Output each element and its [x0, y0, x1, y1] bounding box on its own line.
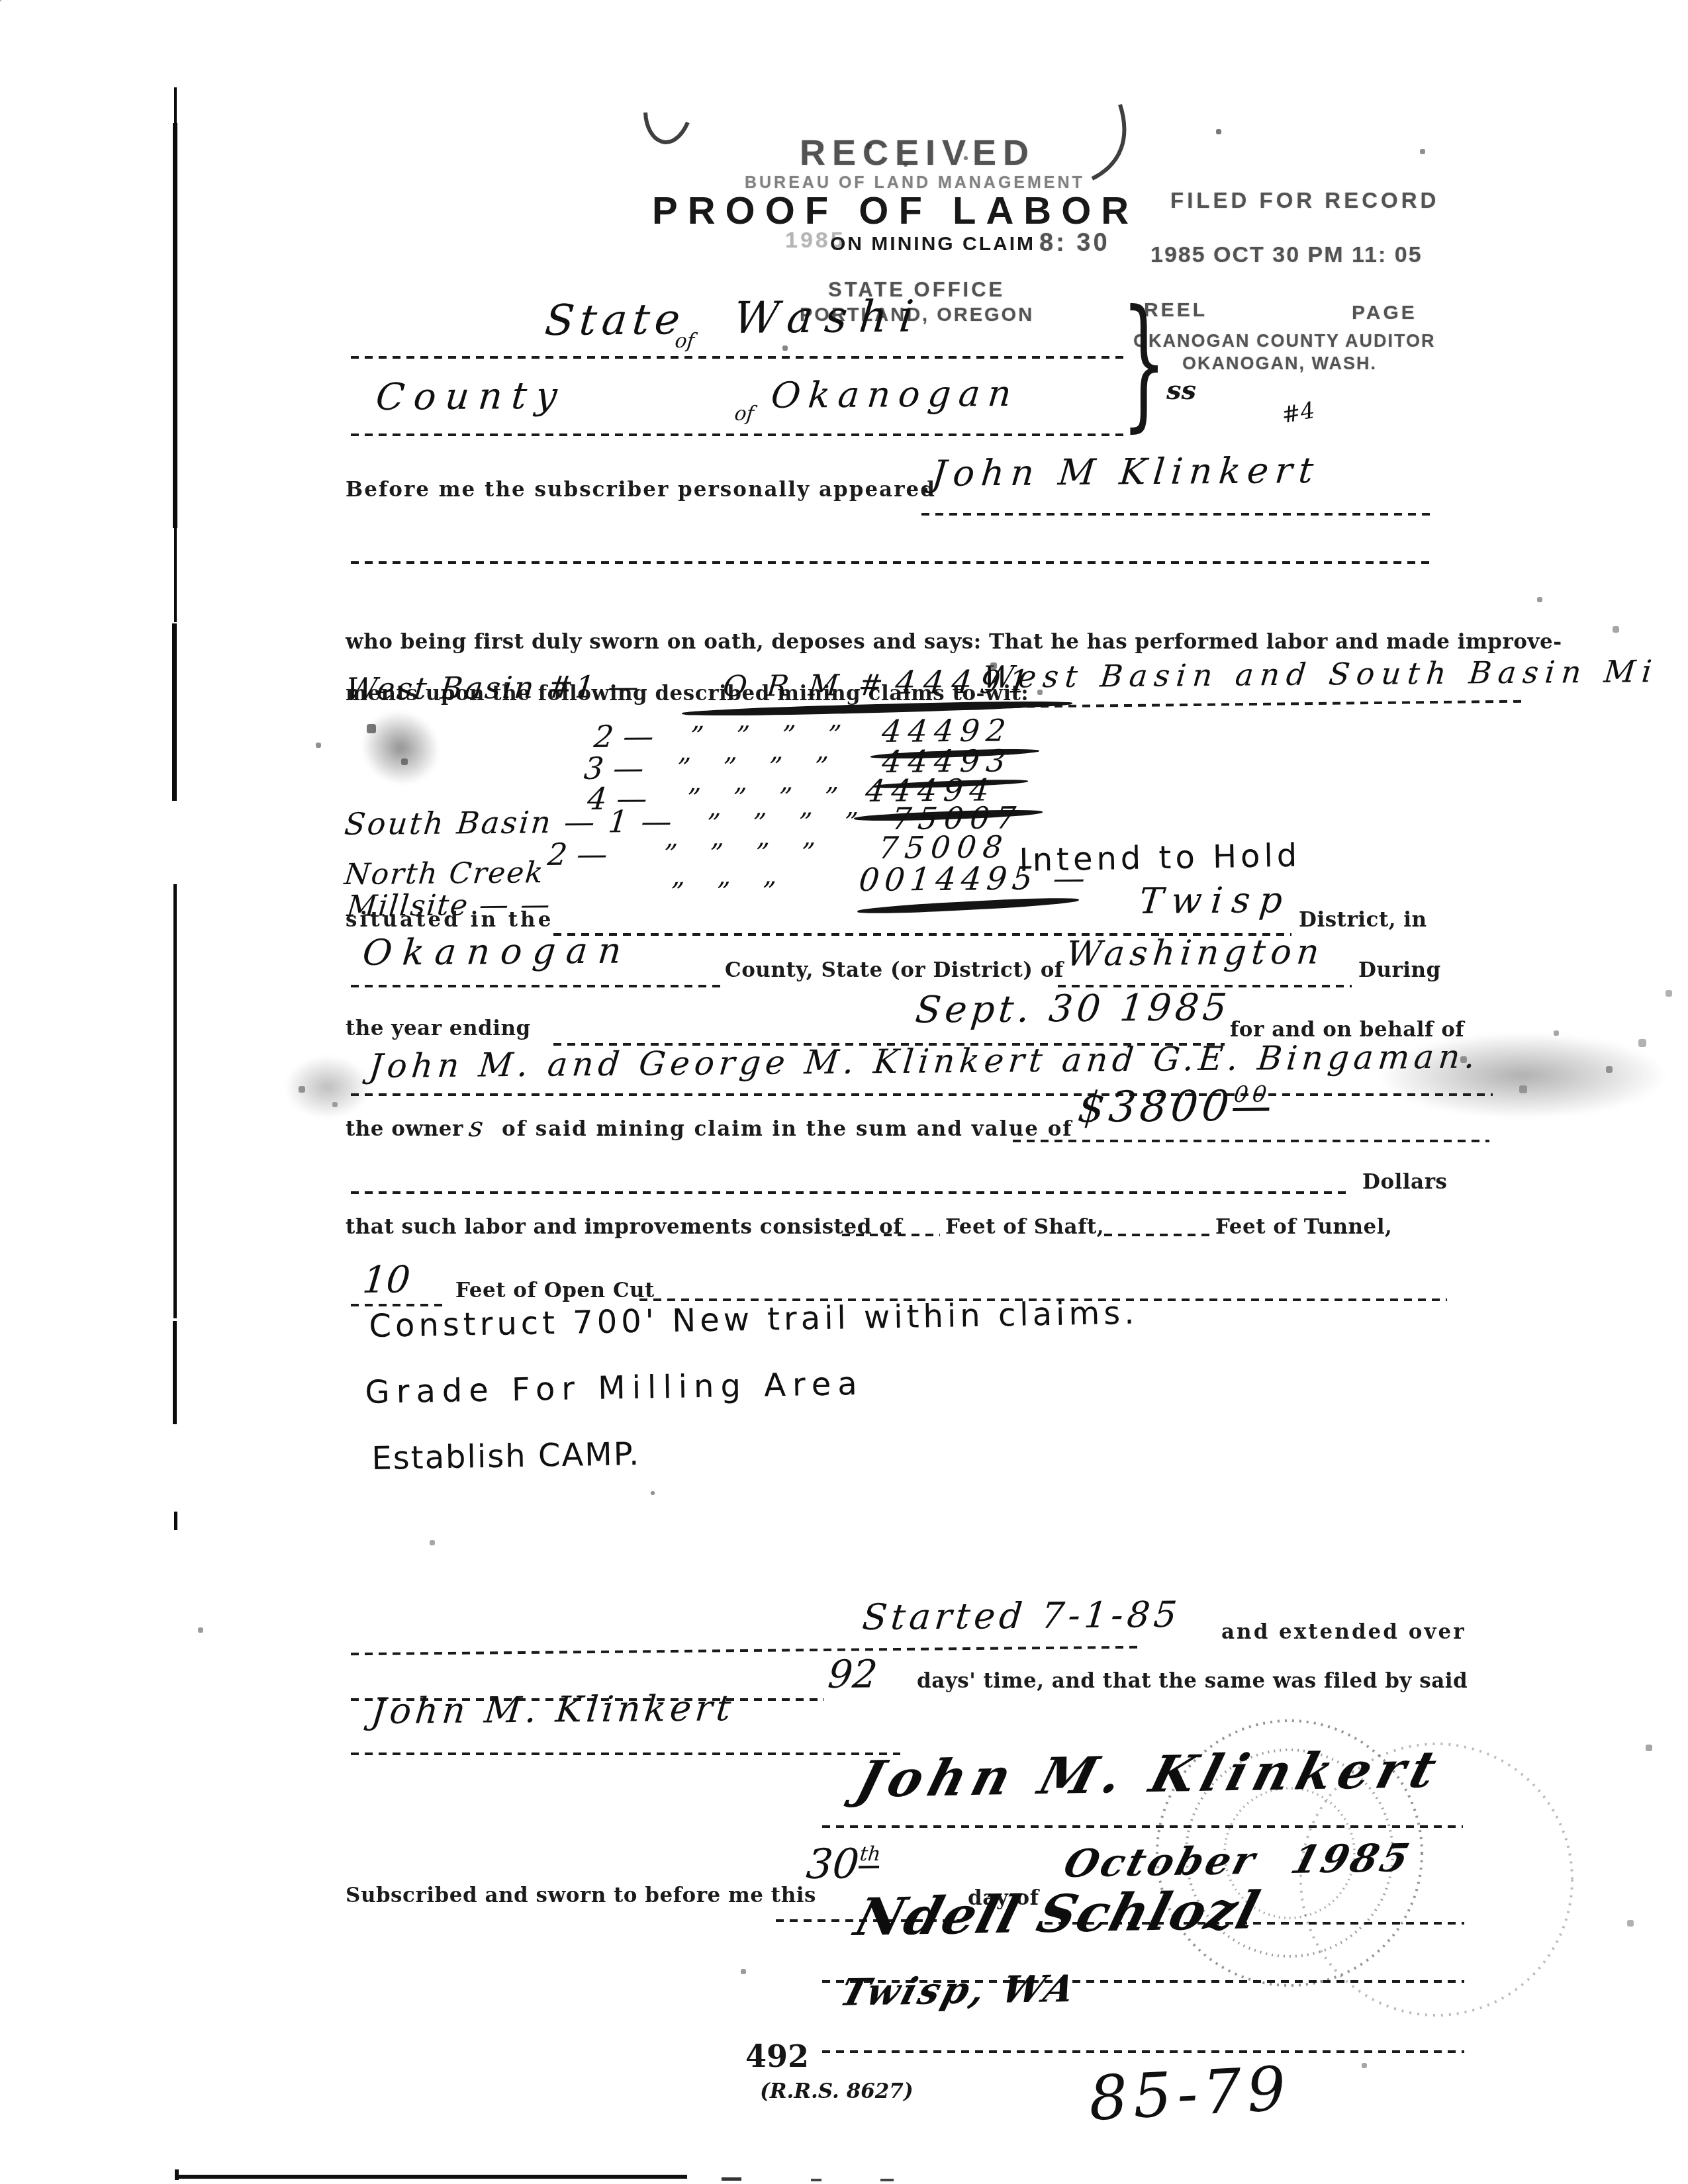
dotted-line: [351, 356, 1127, 359]
year-ending-label: the year ending: [346, 1017, 531, 1040]
filed-for-record-stamp: FILED FOR RECORD: [1170, 188, 1439, 213]
tunnel-label: Feet of Tunnel,: [1215, 1215, 1392, 1239]
ditto-marks: ” ” ” ”: [688, 720, 855, 752]
dotted-line: [822, 1825, 1463, 1828]
form-reference: (R.R.S. 8627): [760, 2079, 914, 2103]
of-handwritten: of: [733, 402, 755, 426]
owner-plural-handwritten: s: [467, 1111, 485, 1143]
dotted-line: [351, 561, 1430, 564]
subscribed-label: Subscribed and sworn to before me this: [346, 1884, 816, 1907]
jurat-brace: }: [1121, 291, 1166, 433]
stray-pen-arc: [639, 103, 698, 165]
dotted-line: [351, 1191, 1350, 1194]
page-subtitle: ON MINING CLAIM: [830, 233, 1035, 255]
district-value-handwritten: Twisp: [1137, 879, 1293, 922]
scan-bottom-dash: [811, 2179, 821, 2181]
filedby-value-handwritten: John M. Klinkert: [369, 1687, 737, 1732]
ditto-marks: ” ” ” ”: [675, 752, 841, 784]
state-value-handwritten: Washington: [1064, 933, 1326, 974]
ditto-marks: ” ” ” ”: [705, 807, 871, 839]
year-ending-value-handwritten: Sept. 30 1985: [914, 986, 1233, 1032]
scan-edge-line: [173, 123, 177, 528]
dotted-line: [351, 433, 1127, 436]
scan-edge-line: [174, 87, 177, 124]
ditto-marks: ” ” ”: [669, 876, 788, 908]
during-label: During: [1358, 958, 1441, 982]
owner-label-part2: of said mining claim in the sum and valu…: [502, 1117, 1073, 1141]
dotted-line: [1013, 1140, 1489, 1142]
scan-edge-line: [174, 1512, 177, 1530]
claim-row-serial-prefix: O R M #: [722, 668, 890, 704]
month-year-handwritten: October 1985: [1059, 1835, 1417, 1886]
scan-specks: [0, 0, 1, 1]
scanned-document-page: RECEIVED BUREAU OF LAND MANAGEMENT PROOF…: [0, 0, 1688, 2184]
scan-bottom-dash: [880, 2179, 894, 2181]
claim-row-label: North Creek: [343, 856, 546, 891]
file-number-handwritten: 85-79: [1087, 2053, 1292, 2134]
amount-dollars: $3800: [1076, 1082, 1235, 1132]
owners-value-handwritten: John M. and George M. Klinkert and G.E. …: [367, 1037, 1481, 1085]
scan-smudge: [1377, 1032, 1668, 1118]
claim-row-label: 2 —: [592, 718, 655, 754]
notary-place-handwritten: Twisp, WA: [835, 1967, 1082, 2015]
county-state-label: County, State (or District) of: [725, 958, 1064, 982]
claimant-signature: John M. Klinkert: [851, 1740, 1449, 1809]
county-value-handwritten: Okanogan: [361, 929, 633, 974]
auditor-stamp-line2: OKANOGAN, WASH.: [1182, 353, 1377, 374]
claim-row-label: South Basin — 1 —: [343, 803, 676, 842]
dotted-line: [1104, 1234, 1210, 1236]
dotted-line: [842, 1234, 940, 1236]
county-value-handwritten: Okanogan: [769, 373, 1021, 416]
work-line3-handwritten: Establish CAMP.: [371, 1435, 641, 1477]
page-title: PROOF OF LABOR: [652, 189, 1139, 233]
of-handwritten: of: [674, 330, 696, 353]
auditor-stamp-line1: OKANOGAN COUNTY AUDITOR: [1133, 331, 1436, 351]
claim-row-label: 2 —: [546, 836, 609, 872]
days-value-handwritten: 92: [826, 1651, 879, 1697]
started-value-handwritten: Started 7-1-85: [861, 1594, 1183, 1638]
intent-note-handwritten: Intend to Hold: [1019, 837, 1301, 879]
days-label: days' time, and that the same was filed …: [917, 1669, 1468, 1693]
work-line2-handwritten: Grade For Milling Area: [365, 1365, 864, 1411]
scan-edge-line: [173, 884, 177, 1318]
scan-edge-line: [172, 623, 177, 801]
sworn-text-line1: who being first duly sworn on oath, depo…: [346, 630, 1562, 654]
scan-bottom-line: [177, 2175, 687, 2179]
dotted-line: [822, 2050, 1464, 2053]
form-number: 492: [745, 2038, 809, 2074]
opencut-label: Feet of Open Cut: [455, 1279, 655, 1302]
claim-row-number: 44491: [894, 663, 1038, 702]
district-label: District, in: [1299, 908, 1427, 932]
dotted-line: [351, 985, 720, 987]
page-label: PAGE: [1352, 302, 1417, 324]
dotted-line: [351, 1752, 900, 1755]
ditto-marks: ” ” ” ”: [662, 838, 828, 870]
owner-label-part1: the owner: [346, 1117, 463, 1141]
dotted-line: [351, 1646, 1142, 1655]
towit-value-handwritten: West Basin and South Basin Mi: [981, 653, 1660, 695]
opencut-value-handwritten: 10: [361, 1258, 412, 1302]
shaft-label: Feet of Shaft,: [945, 1215, 1104, 1239]
dollars-label: Dollars: [1362, 1170, 1447, 1194]
dotted-line: [351, 1093, 1493, 1096]
day-ordinal: th: [859, 1843, 882, 1868]
margin-note-handwritten: #4: [1280, 397, 1317, 429]
notary-signature: Ndell Schlozl: [849, 1880, 1266, 1948]
amount-value-handwritten: $380000: [1076, 1081, 1272, 1132]
county-word-handwritten: County: [374, 374, 568, 419]
claim-row-label: West Basin #1 —: [344, 668, 642, 707]
day-value-handwritten: 30th: [804, 1839, 882, 1888]
ink-underline: [857, 895, 1079, 916]
appeared-label: Before me the subscriber personally appe…: [346, 478, 936, 502]
state-value-handwritten: Washi: [731, 291, 928, 343]
amount-cents: 00: [1233, 1081, 1272, 1111]
stamp-time-fragment: 8: 30: [1039, 229, 1110, 257]
dotted-line: [921, 513, 1430, 516]
received-stamp: RECEIVED: [800, 132, 1035, 173]
scan-bottom-dash: [722, 2177, 741, 2181]
labor-label: that such labor and improvements consist…: [346, 1215, 902, 1239]
appeared-name-handwritten: John M Klinkert: [930, 449, 1322, 494]
stray-pen-arc: [1078, 98, 1141, 187]
extended-label: and extended over: [1221, 1620, 1466, 1644]
day-number: 30: [804, 1839, 861, 1888]
filed-datetime-stamp: 1985 OCT 30 PM 11: 05: [1150, 242, 1423, 268]
situated-label: situated in the: [346, 908, 553, 932]
ss-notation: ss: [1166, 375, 1196, 406]
scan-smudge: [285, 1056, 371, 1118]
scan-smudge: [349, 698, 451, 797]
state-word-handwritten: State: [543, 295, 688, 345]
scan-edge-line: [173, 1321, 177, 1424]
scan-edge-line: [174, 528, 177, 622]
